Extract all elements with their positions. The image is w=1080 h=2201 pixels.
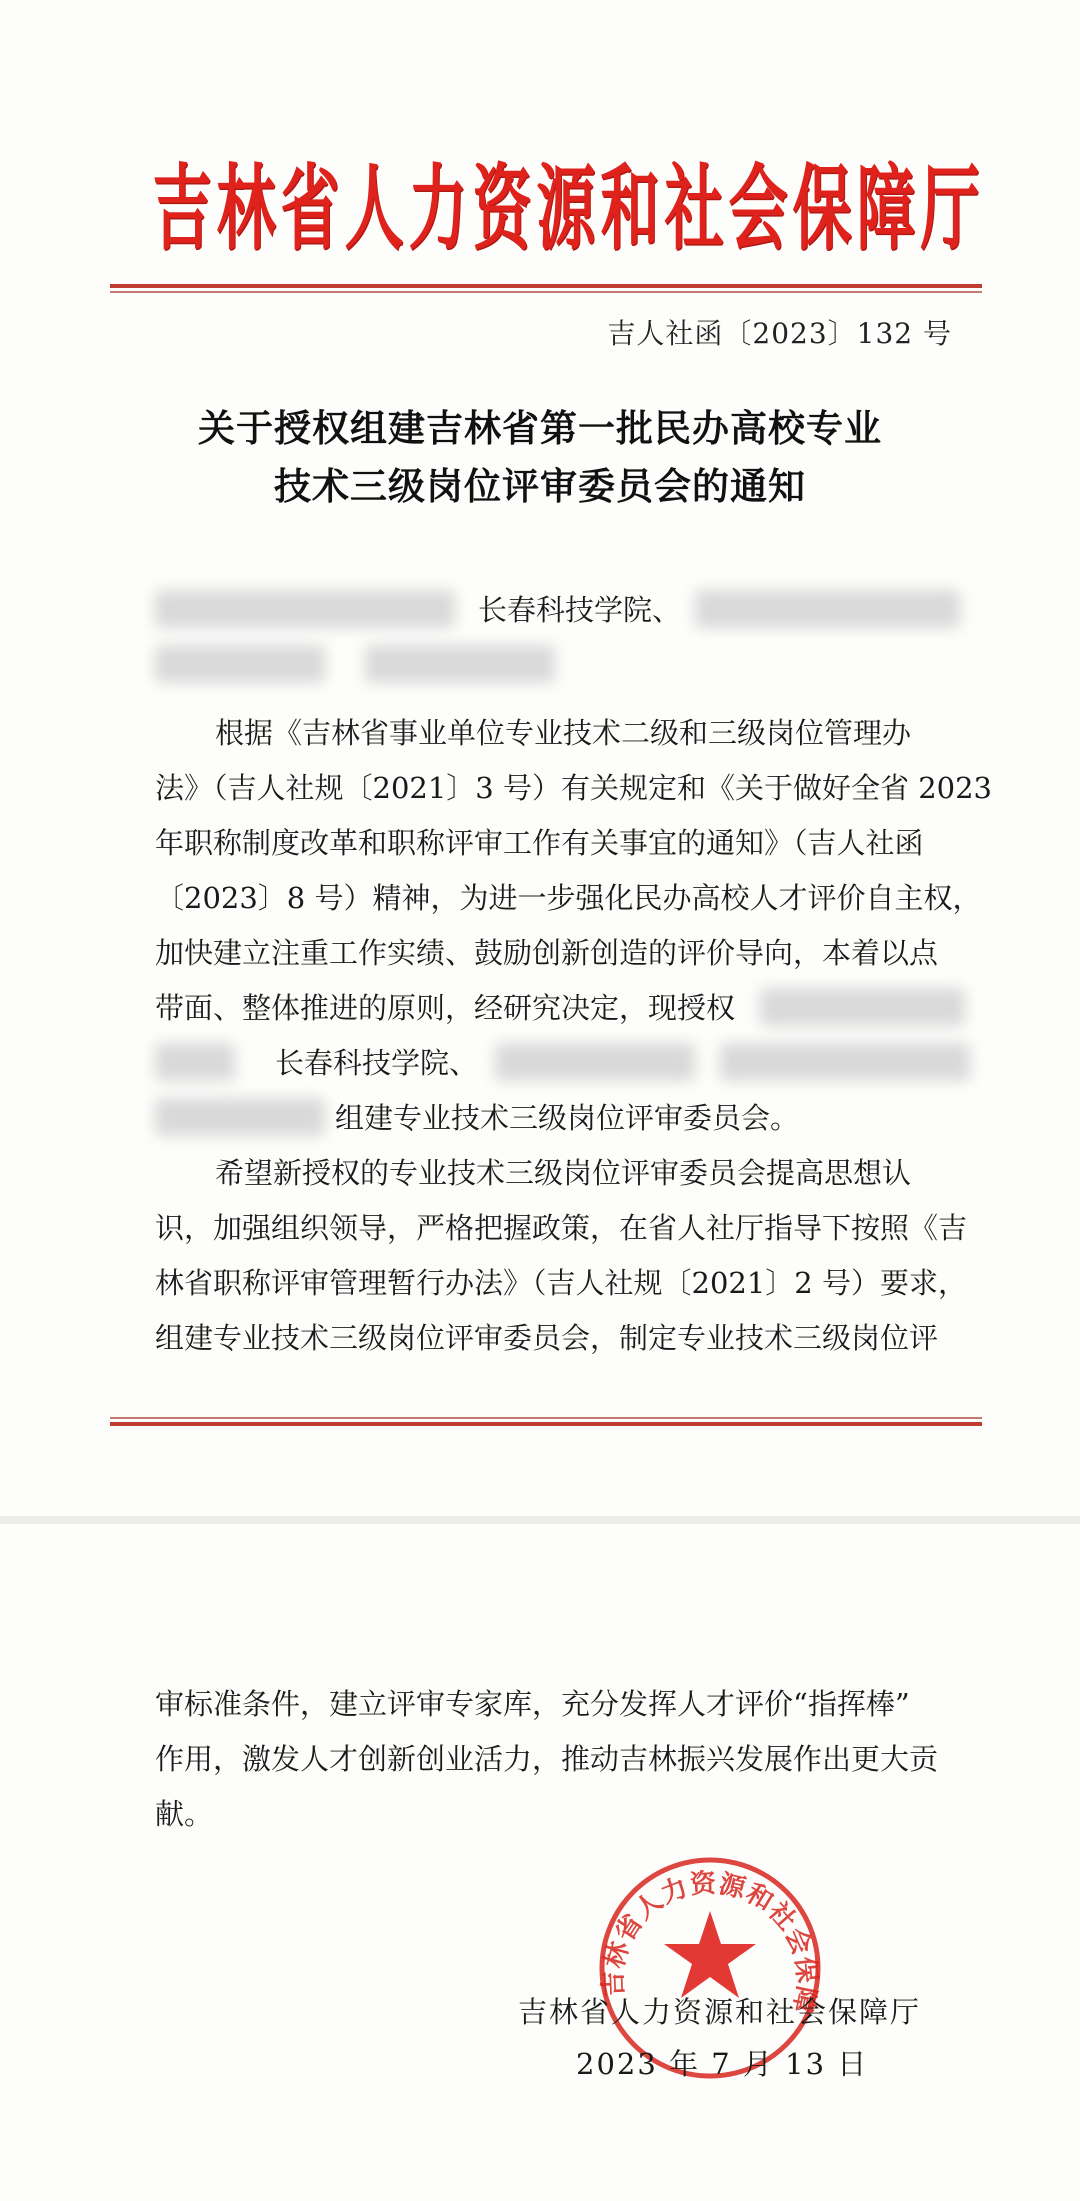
divider-thin-line (110, 1417, 982, 1419)
redacted-authorized-school (155, 1043, 235, 1081)
page-break (0, 1516, 1080, 1524)
header-char: 吉 (153, 164, 212, 257)
body-line-text: 根据《吉林省事业单位专业技术二级和三级岗位管理办 (215, 713, 973, 753)
authorized-school-visible: 长春科技学院、 (275, 1043, 478, 1083)
redacted-authorized-school (495, 1043, 695, 1081)
header-char: 会 (729, 164, 788, 257)
header-char: 资 (473, 164, 532, 257)
header-char: 源 (537, 164, 596, 257)
redacted-authorized-school (720, 1043, 970, 1081)
document-page-1: 吉 林 省 人 力 资 源 和 社 会 保 障 厅 吉人社函〔2023〕132 … (0, 0, 1080, 1516)
footer-divider (110, 1417, 982, 1427)
body-line: 年职称制度改革和职称评审工作有关事宜的通知》（吉人社函 (155, 823, 973, 863)
document-title: 关于授权组建吉林省第一批民办高校专业 技术三级岗位评审委员会的通知 (100, 400, 980, 516)
title-line-2: 技术三级岗位评审委员会的通知 (100, 458, 980, 516)
signature-date: 2023 年 7 月 13 日 (576, 2042, 868, 2083)
redacted-addressee (155, 645, 325, 683)
header-char: 和 (601, 164, 660, 257)
redacted-addressee (695, 590, 960, 628)
body-line: 组建专业技术三级岗位评审委员会。 (335, 1098, 799, 1138)
header-char: 社 (665, 164, 724, 257)
header-char: 省 (281, 164, 340, 257)
body-line: 作用，激发人才创新创业活力，推动吉林振兴发展作出更大贡 (155, 1739, 938, 1779)
body-line: 识，加强组织领导，严格把握政策，在省人社厅指导下按照《吉 (155, 1208, 967, 1248)
body-line: 〔2023〕8 号）精神，为进一步强化民办高校人才评价自主权， (155, 878, 973, 918)
divider-thick-line (110, 284, 982, 288)
body-line: 希望新授权的专业技术三级岗位评审委员会提高思想认 (215, 1153, 911, 1193)
addressee-visible: 长春科技学院、 (478, 590, 681, 630)
signature-org: 吉林省人力资源和社会保障厅 (518, 1990, 921, 2031)
document-page-2: 审标准条件，建立评审专家库，充分发挥人才评价“指挥棒” 作用，激发人才创新创业活… (0, 1524, 1080, 2201)
divider-thick-line (110, 1422, 982, 1426)
title-line-1: 关于授权组建吉林省第一批民办高校专业 (100, 400, 980, 458)
header-char: 人 (345, 164, 404, 257)
body-line: 加快建立注重工作实绩、鼓励创新创造的评价导向，本着以点 (155, 933, 973, 973)
redacted-addressee (365, 645, 555, 683)
issuer-header: 吉 林 省 人 力 资 源 和 社 会 保 障 厅 (150, 154, 950, 266)
header-char: 障 (857, 164, 916, 257)
body-line: 组建专业技术三级岗位评审委员会，制定专业技术三级岗位评 (155, 1318, 938, 1358)
header-char: 林 (217, 164, 276, 257)
redacted-authorized-school (760, 988, 965, 1026)
divider-thin-line (110, 291, 982, 293)
body-line: 法》（吉人社规〔2021〕3 号）有关规定和《关于做好全省 2023 (155, 768, 973, 808)
header-divider (110, 284, 982, 294)
redacted-addressee (155, 590, 455, 628)
header-char: 力 (409, 164, 468, 257)
header-char: 保 (793, 164, 852, 257)
body-line: 审标准条件，建立评审专家库，充分发挥人才评价“指挥棒” (155, 1684, 910, 1724)
redacted-authorized-school (155, 1098, 325, 1136)
document-number: 吉人社函〔2023〕132 号 (607, 312, 952, 352)
body-line: 献。 (155, 1794, 213, 1834)
body-line: 根据《吉林省事业单位专业技术二级和三级岗位管理办 (215, 713, 973, 753)
body-line: 林省职称评审管理暂行办法》（吉人社规〔2021〕2 号）要求， (155, 1263, 967, 1303)
body-line: 带面、整体推进的原则，经研究决定，现授权 (155, 988, 735, 1028)
header-char: 厅 (921, 164, 980, 257)
